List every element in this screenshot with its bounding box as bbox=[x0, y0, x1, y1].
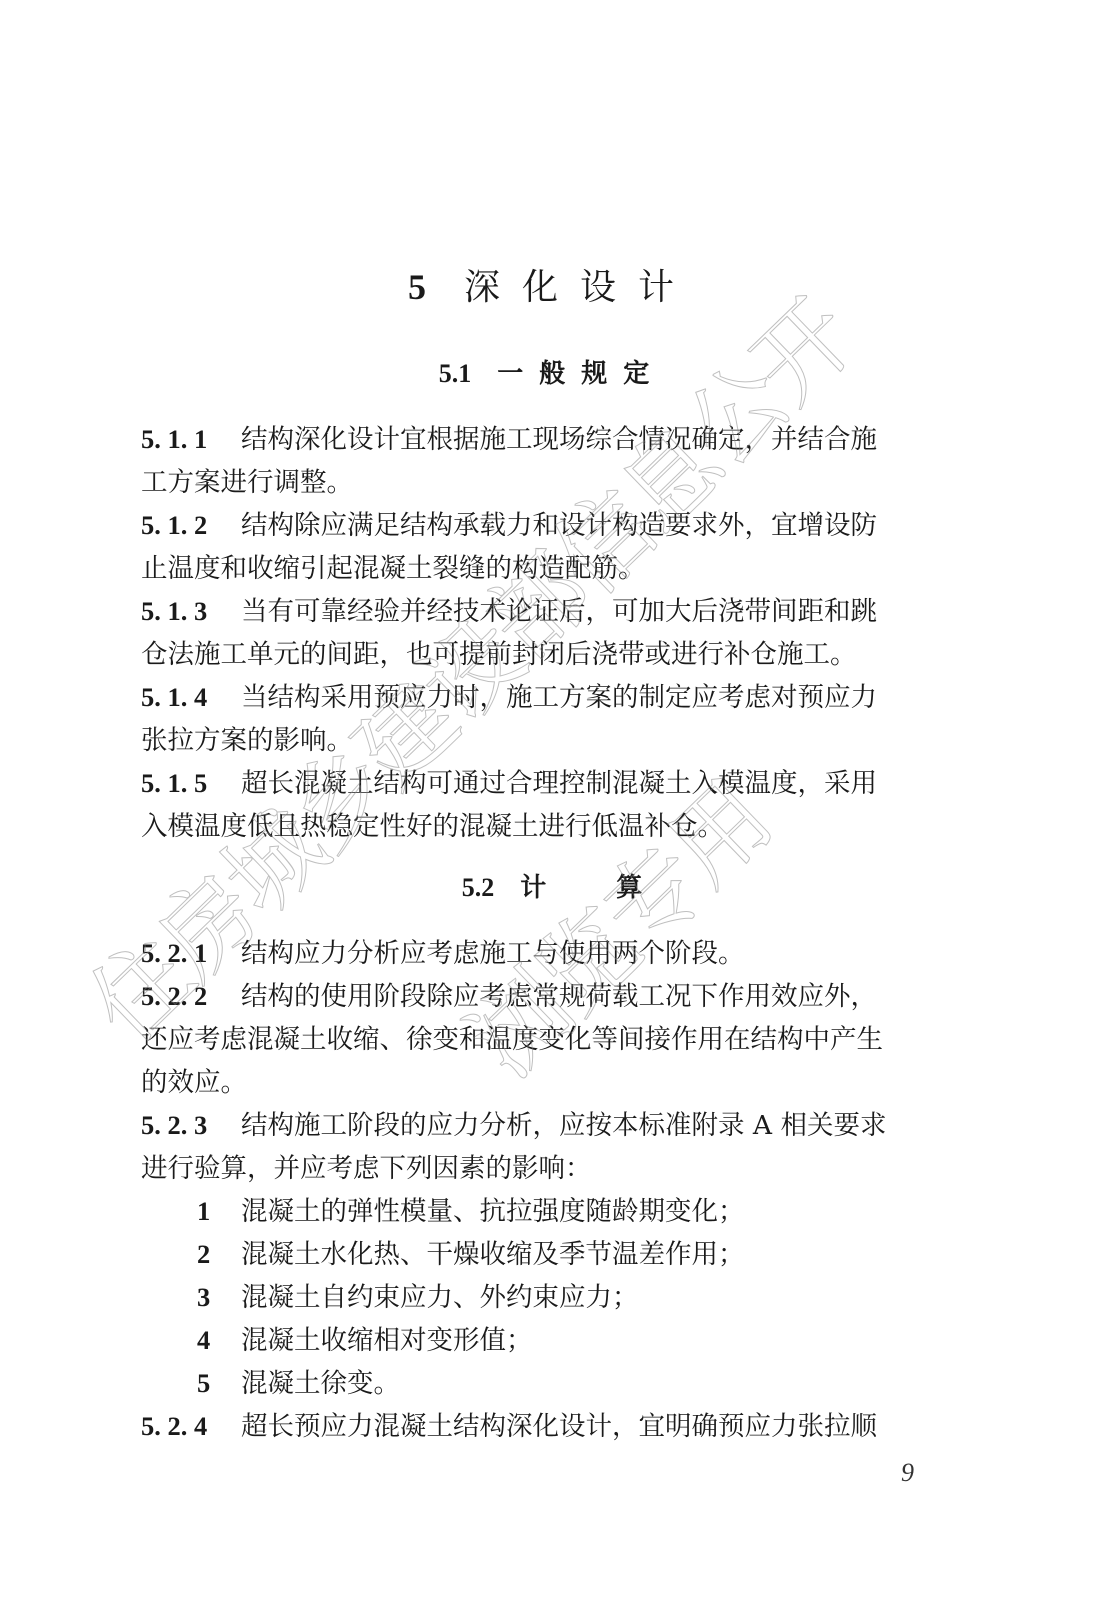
text-line: 工方案进行调整。 bbox=[141, 461, 941, 504]
clause-text: 止温度和收缩引起混凝土裂缝的构造配筋。 bbox=[141, 553, 645, 584]
text-line: 5. 2. 1结构应力分析应考虑施工与使用两个阶段。 bbox=[141, 932, 941, 975]
text-line: 还应考虑混凝土收缩、徐变和温度变化等间接作用在结构中产生 bbox=[141, 1018, 941, 1061]
section-name: 一般规定 bbox=[497, 359, 665, 389]
text-line: 的效应。 bbox=[141, 1061, 941, 1104]
clause-text: 结构施工阶段的应力分析，应按本标准附录 A 相关要求 bbox=[241, 1110, 886, 1141]
clause-number: 5. 2. 3 bbox=[141, 1104, 241, 1147]
text-line: 5. 1. 2结构除应满足结构承载力和设计构造要求外，宜增设防 bbox=[141, 504, 941, 547]
clause-text: 超长混凝土结构可通过合理控制混凝土入模温度，采用 bbox=[241, 768, 877, 799]
chapter-name: 深化设计 bbox=[464, 267, 696, 308]
clause-text: 还应考虑混凝土收缩、徐变和温度变化等间接作用在结构中产生 bbox=[141, 1024, 883, 1055]
text-line: 5. 1. 4当结构采用预应力时，施工方案的制定应考虑对预应力 bbox=[141, 676, 941, 719]
clause-number: 5. 1. 4 bbox=[141, 676, 241, 719]
text-line: 5. 1. 1结构深化设计宜根据施工现场综合情况确定，并结合施 bbox=[141, 418, 941, 461]
clause-text: 的效应。 bbox=[141, 1067, 247, 1098]
list-item: 3混凝土自约束应力、外约束应力； bbox=[141, 1276, 941, 1319]
clause-text: 结构的使用阶段除应考虑常规荷载工况下作用效应外， bbox=[241, 981, 877, 1012]
section-name: 计算 bbox=[520, 873, 642, 903]
list-item: 2混凝土水化热、干燥收缩及季节温差作用； bbox=[141, 1233, 941, 1276]
item-text: 混凝土收缩相对变形值； bbox=[241, 1325, 533, 1356]
clause-text: 进行验算，并应考虑下列因素的影响： bbox=[141, 1153, 592, 1184]
text-line: 止温度和收缩引起混凝土裂缝的构造配筋。 bbox=[141, 547, 941, 590]
text-line: 进行验算，并应考虑下列因素的影响： bbox=[141, 1147, 941, 1190]
section-number: 5.1 bbox=[439, 359, 472, 388]
clause-number: 5. 2. 2 bbox=[141, 975, 241, 1018]
clause-text: 当有可靠经验并经技术论证后，可加大后浇带间距和跳 bbox=[241, 596, 877, 627]
item-number: 3 bbox=[197, 1276, 241, 1319]
clause-text: 张拉方案的影响。 bbox=[141, 725, 353, 756]
item-number: 5 bbox=[197, 1362, 241, 1405]
clause-number: 5. 1. 5 bbox=[141, 762, 241, 805]
section-number: 5.2 bbox=[462, 873, 495, 902]
text-line: 仓法施工单元的间距，也可提前封闭后浇带或进行补仓施工。 bbox=[141, 633, 941, 676]
text-line: 5. 2. 2结构的使用阶段除应考虑常规荷载工况下作用效应外， bbox=[141, 975, 941, 1018]
section-title-5-1: 5.1一般规定 bbox=[0, 356, 1104, 392]
section-title-5-2: 5.2计算 bbox=[0, 870, 1104, 906]
clause-number: 5. 1. 2 bbox=[141, 504, 241, 547]
clause-text: 当结构采用预应力时，施工方案的制定应考虑对预应力 bbox=[241, 682, 877, 713]
clause-text: 工方案进行调整。 bbox=[141, 467, 353, 498]
clause-text: 结构应力分析应考虑施工与使用两个阶段。 bbox=[241, 938, 745, 969]
item-number: 2 bbox=[197, 1233, 241, 1276]
text-line: 5. 2. 3结构施工阶段的应力分析，应按本标准附录 A 相关要求 bbox=[141, 1104, 941, 1147]
clause-number: 5. 2. 4 bbox=[141, 1405, 241, 1448]
clause-number: 5. 1. 1 bbox=[141, 418, 241, 461]
clause-text: 结构深化设计宜根据施工现场综合情况确定，并结合施 bbox=[241, 424, 877, 455]
text-line: 入模温度低且热稳定性好的混凝土进行低温补仓。 bbox=[141, 805, 941, 848]
chapter-title: 5深化设计 bbox=[0, 262, 1104, 313]
chapter-number: 5 bbox=[408, 267, 426, 307]
section-5-2-body: 5. 2. 1结构应力分析应考虑施工与使用两个阶段。 5. 2. 2结构的使用阶… bbox=[141, 932, 941, 1448]
section-5-1-body: 5. 1. 1结构深化设计宜根据施工现场综合情况确定，并结合施 工方案进行调整。… bbox=[141, 418, 941, 848]
list-item: 4混凝土收缩相对变形值； bbox=[141, 1319, 941, 1362]
item-text: 混凝土徐变。 bbox=[241, 1368, 400, 1399]
item-number: 1 bbox=[197, 1190, 241, 1233]
section-name-part: 算 bbox=[616, 873, 642, 903]
text-line: 5. 1. 5超长混凝土结构可通过合理控制混凝土入模温度，采用 bbox=[141, 762, 941, 805]
clause-text: 结构除应满足结构承载力和设计构造要求外，宜增设防 bbox=[241, 510, 877, 541]
item-text: 混凝土的弹性模量、抗拉强度随龄期变化； bbox=[241, 1196, 745, 1227]
section-name-part: 计 bbox=[520, 873, 546, 903]
list-item: 5混凝土徐变。 bbox=[141, 1362, 941, 1405]
clause-text: 入模温度低且热稳定性好的混凝土进行低温补仓。 bbox=[141, 811, 724, 842]
item-number: 4 bbox=[197, 1319, 241, 1362]
text-line: 5. 2. 4超长预应力混凝土结构深化设计，宜明确预应力张拉顺 bbox=[141, 1405, 941, 1448]
text-line: 5. 1. 3当有可靠经验并经技术论证后，可加大后浇带间距和跳 bbox=[141, 590, 941, 633]
item-text: 混凝土自约束应力、外约束应力； bbox=[241, 1282, 639, 1313]
clause-number: 5. 1. 3 bbox=[141, 590, 241, 633]
item-text: 混凝土水化热、干燥收缩及季节温差作用； bbox=[241, 1239, 745, 1270]
clause-text: 仓法施工单元的间距，也可提前封闭后浇带或进行补仓施工。 bbox=[141, 639, 857, 670]
clause-text: 超长预应力混凝土结构深化设计，宜明确预应力张拉顺 bbox=[241, 1411, 877, 1442]
page-number: 9 bbox=[901, 1458, 914, 1488]
list-item: 1混凝土的弹性模量、抗拉强度随龄期变化； bbox=[141, 1190, 941, 1233]
clause-number: 5. 2. 1 bbox=[141, 932, 241, 975]
text-line: 张拉方案的影响。 bbox=[141, 719, 941, 762]
document-page: 5深化设计 5.1一般规定 5. 1. 1结构深化设计宜根据施工现场综合情况确定… bbox=[0, 0, 1104, 1600]
